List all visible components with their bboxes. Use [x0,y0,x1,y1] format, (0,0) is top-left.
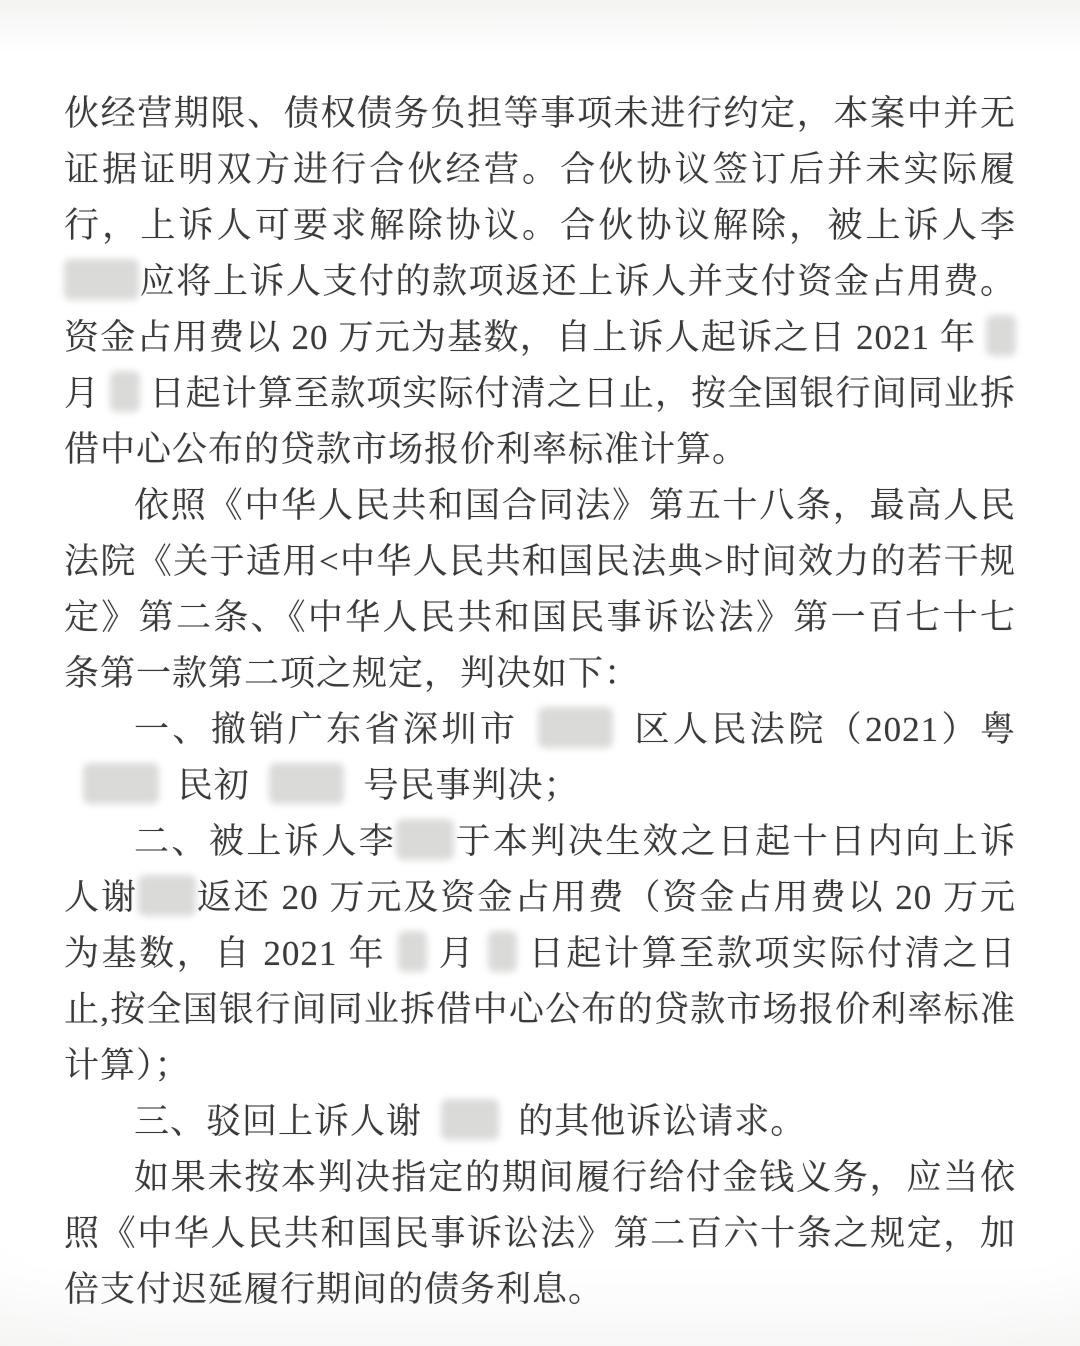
text-run: 二、被上诉人李 [134,822,396,861]
paragraph-body-continuation: 伙经营期限、债权债务负担等事项未进行约定，本案中并无证据证明双方进行合伙经营。合… [64,86,1016,478]
document-body: 伙经营期限、债权债务负担等事项未进行约定，本案中并无证据证明双方进行合伙经营。合… [0,0,1080,1318]
redaction-blur [538,707,613,748]
text-run: 的其他诉讼请求。 [518,1102,806,1141]
redaction-blur [110,371,140,412]
text-run: 依照《中华人民共和国合同法》第五十八条，最高人民法院《关于适用<中华人民共和国民… [64,486,1016,693]
redaction-blur [398,931,428,972]
text-run: 三、驳回上诉人谢 [134,1102,422,1141]
text-run: 一、撤销广东省深圳市 [134,710,518,749]
paragraph-legal-basis: 依照《中华人民共和国合同法》第五十八条，最高人民法院《关于适用<中华人民共和国民… [64,478,1016,702]
paragraph-judgment-item-2: 二、被上诉人李于本判决生效之日起十日内向上诉人谢返还 20 万元及资金占用费（资… [64,814,1016,1094]
paragraph-judgment-item-3: 三、驳回上诉人谢的其他诉讼请求。 [64,1094,1016,1150]
redaction-blur [269,763,344,804]
redaction-blur [138,875,196,916]
text-run: 日起计算至款项实际付清之日止，按全国银行间同业拆借中心公布的贷款市场报价利率标准… [64,374,1016,469]
text-run: 月 [427,934,487,973]
redaction-blur [488,931,518,972]
paragraph-judgment-item-1: 一、撤销广东省深圳市区人民法院（2021）粤民初号民事判决； [64,702,1016,814]
text-run: 民初 [178,766,250,805]
text-run: 号民事判决； [364,766,580,805]
redaction-blur [83,763,158,804]
text-run: 区人民法院（2021）粤 [632,710,1016,749]
scanned-document-page: 伙经营期限、债权债务负担等事项未进行约定，本案中并无证据证明双方进行合伙经营。合… [0,0,1080,1346]
redaction-blur [441,1099,499,1140]
text-run: 如果未按本判决指定的期间履行给付金钱义务，应当依照《中华人民共和国民事诉讼法》第… [64,1158,1016,1309]
text-run: 伙经营期限、债权债务负担等事项未进行约定，本案中并无证据证明双方进行合伙经营。合… [64,94,1016,245]
text-run: 应将上诉人支付的款项返还上诉人并支付资金占用费。资金占用费以 20 万元为基数，… [64,262,1016,357]
redaction-blur [64,259,139,300]
redaction-blur [396,819,454,860]
text-run: 月 [64,374,110,413]
redaction-blur [986,315,1016,356]
paragraph-enforcement-notice: 如果未按本判决指定的期间履行给付金钱义务，应当依照《中华人民共和国民事诉讼法》第… [64,1150,1016,1318]
